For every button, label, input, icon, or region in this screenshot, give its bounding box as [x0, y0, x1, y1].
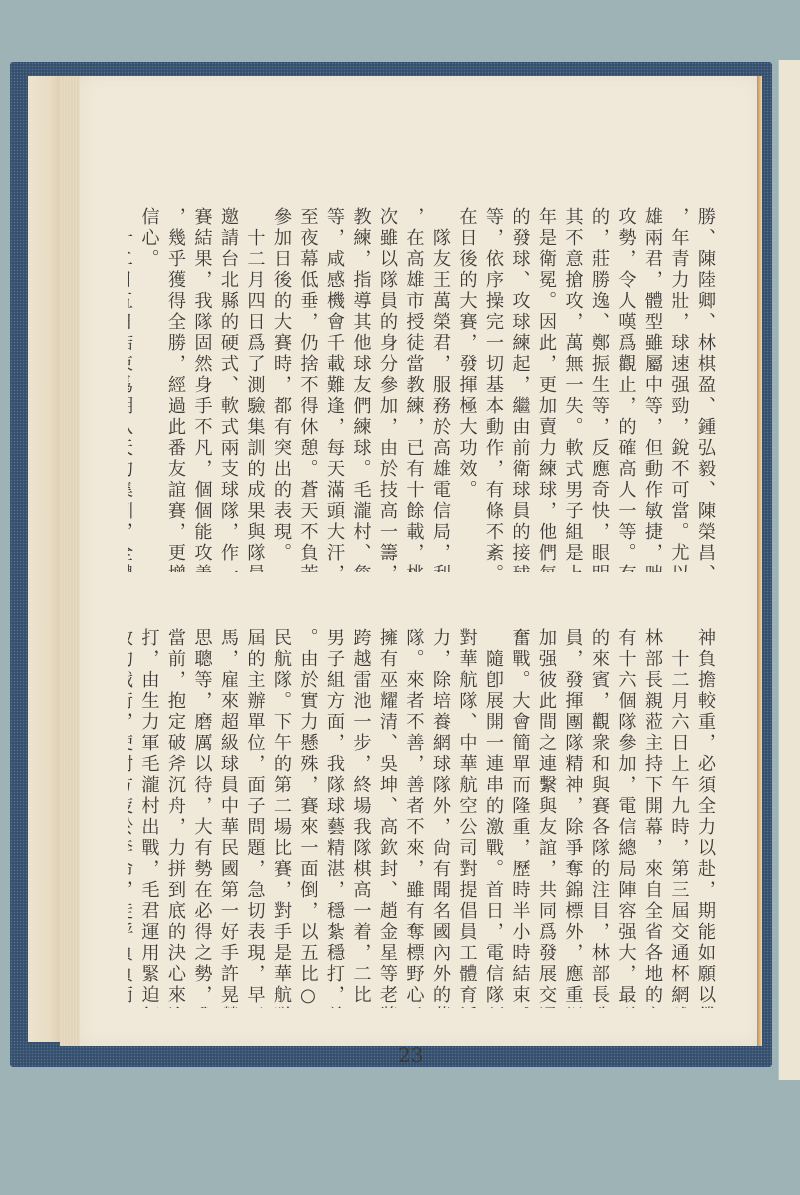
text-column: 馬，雇來超級球員中華民國第一好手許晃榮，與名將張: [215, 628, 242, 1008]
text-column: 當前，抱定破斧沉舟，力拼到底的決心來迎戰。首組單: [162, 628, 189, 1008]
text-column: 力，除培養網球隊外，尙有聞名國內外的華航女子籃球: [427, 628, 454, 1008]
text-column: 跨越雷池一步，終場我隊棋高一着，二比一獲勝。硬式: [347, 628, 374, 1008]
text-column: ，幾乎獲得全勝，經過此番友誼賽，更增加日後獲勝的: [162, 207, 189, 572]
text-column: 教練，指導其他球友們練球。毛瀧村、詹智哲、劉春鶯: [347, 207, 374, 572]
text-column: 十二月五日結束爲期八天的集訓，全體球員們，滿: [128, 207, 135, 572]
text-column: 神負擔較重，必須全力以赴，期能如願以償衛冕成功。: [692, 628, 719, 1008]
text-column: 十二月六日上午九時，第三屆交通杯網球大賽，在: [665, 628, 692, 1008]
text-column: ，在高雄市授徒當教練，已有十餘載，桃李滿天下，這: [400, 207, 427, 572]
text-column: 有十六個隊參加，電信總局陣容强大，最引起前來觀禮: [612, 628, 639, 1008]
adjacent-page-edge: [778, 60, 800, 1080]
text-column: 民航隊。下午的第二場比賽，對手是華航隊、華航是本: [268, 628, 295, 1008]
text-column: 至夜幕低垂，仍捨不得休憩。蒼天不負苦心人，他們在: [294, 207, 321, 572]
text-column: 放的戰術，使對方疲於奔命，徒呼負負而敗下陣來。第: [128, 628, 135, 1008]
text-column: 攻勢，令人嘆爲觀止，的確高人一等。有最佳前衛之稱: [612, 207, 639, 572]
text-column: 林部長親蒞主持下開幕，來自全省各地的交通機構，共: [639, 628, 666, 1008]
page-number: 23: [398, 1043, 423, 1067]
text-column: 參加日後的大賽時，都有突出的表現。: [268, 207, 295, 572]
text-column: 打，由生力軍毛瀧村出戰，毛君運用緊迫釘人，糾纏不: [135, 628, 162, 1008]
text-column: 男子組方面，我隊球藝精湛，穩紮穩打，首場對民航局: [321, 628, 348, 1008]
text-column: 屆的主辦單位，面子問題，急切表現，早已着手招兵買: [241, 628, 268, 1008]
text-column: 雄兩君，體型雖屬中等，但動作敏捷，咄咄逼人的凌厲: [639, 207, 666, 572]
text-block-bottom: 神負擔較重，必須全力以赴，期能如願以償衛冕成功。 十二月六日上午九時，第三屆交通…: [128, 628, 718, 1008]
text-column: 擁有巫耀清、吳坤、高欽封、趙金星等老將把關，無法: [374, 628, 401, 1008]
text-column: 信心。: [135, 207, 162, 572]
text-column: 十二月四日爲了測驗集訓的成果與隊員的實力，乃: [241, 207, 268, 572]
text-column: 其不意搶攻，萬無一失。軟式男子組是上屆的冠軍，今: [559, 207, 586, 572]
page-stack-left: [28, 76, 64, 1042]
text-column: 對華航隊、中華航空公司對提倡員工體育活動，不遺餘: [453, 628, 480, 1008]
text-column: 次雖以隊員的身分參加，由於技高一籌，乃自動協助高: [374, 207, 401, 572]
text-column: 的，莊勝逸、鄭振生等，反應奇快，眼明手快，時常出: [586, 207, 613, 572]
page-edges: [60, 76, 80, 1046]
text-column: 等，依序操完一切基本動作，有條不紊。故進步神速，: [480, 207, 507, 572]
text-column: 加强彼此間之連繫與友誼，共同爲發展交通事業而努力: [533, 628, 560, 1008]
text-column: 勝、陳陸卿、林棋盈、鍾弘毅、陳榮昌、游錦輝等諸將: [692, 207, 719, 572]
text-column: 隊友王萬榮君，服務於高雄電信局，利用公餘時間: [427, 207, 454, 572]
text-column: 邀請台北縣的硬式、軟式兩支球隊，作一場友誼賽，比: [215, 207, 242, 572]
text-column: 在日後的大賽，發揮極大功效。: [453, 207, 480, 572]
text-column: 年是衛冕。因此，更加賣力練球，他們每天從後衛球員: [533, 207, 560, 572]
text-column: 等，咸感機會千載難逢，每天滿頭大汗，勤練不息，直: [321, 207, 348, 572]
text-column: ，年青力壯，球速强勁，銳不可當。尤以蔡銘煌、吳松: [665, 207, 692, 572]
text-column: 隊。來者不善，善者不來，雖有奪標野心、無奈，我隊: [400, 628, 427, 1008]
text-column: 的發球、攻球練起，繼由前衛球員的接球、防守、搶攻: [506, 207, 533, 572]
text-column: 奮戰。大會簡單而隆重，歷時半小時結束。: [506, 628, 533, 1008]
text-column: 隨卽展開一連串的激戰。首日，電信隊硬式壯年組: [480, 628, 507, 1008]
text-column: 員，發揮團隊精神，除爭奪錦標外，應重視藉此比賽而: [559, 628, 586, 1008]
text-column: 。由於實力懸殊，賽來一面倒，以五比○的壓倒數輕取: [294, 628, 321, 1008]
text-block-top: 勝、陳陸卿、林棋盈、鍾弘毅、陳榮昌、游錦輝等諸將 ，年青力壯，球速强勁，銳不可當…: [128, 207, 718, 572]
text-column: 賽結果，我隊固然身手不凡，個個能攻善守，表現不俗: [188, 207, 215, 572]
text-column: 的來賓，觀衆和與賽各隊的注目，林部長致詞勉勵各隊: [586, 628, 613, 1008]
page-gutter-edge: [757, 76, 762, 1046]
text-column: 思聰等，磨厲以待，大有勢在必得之勢，我隊面臨强敵: [188, 628, 215, 1008]
